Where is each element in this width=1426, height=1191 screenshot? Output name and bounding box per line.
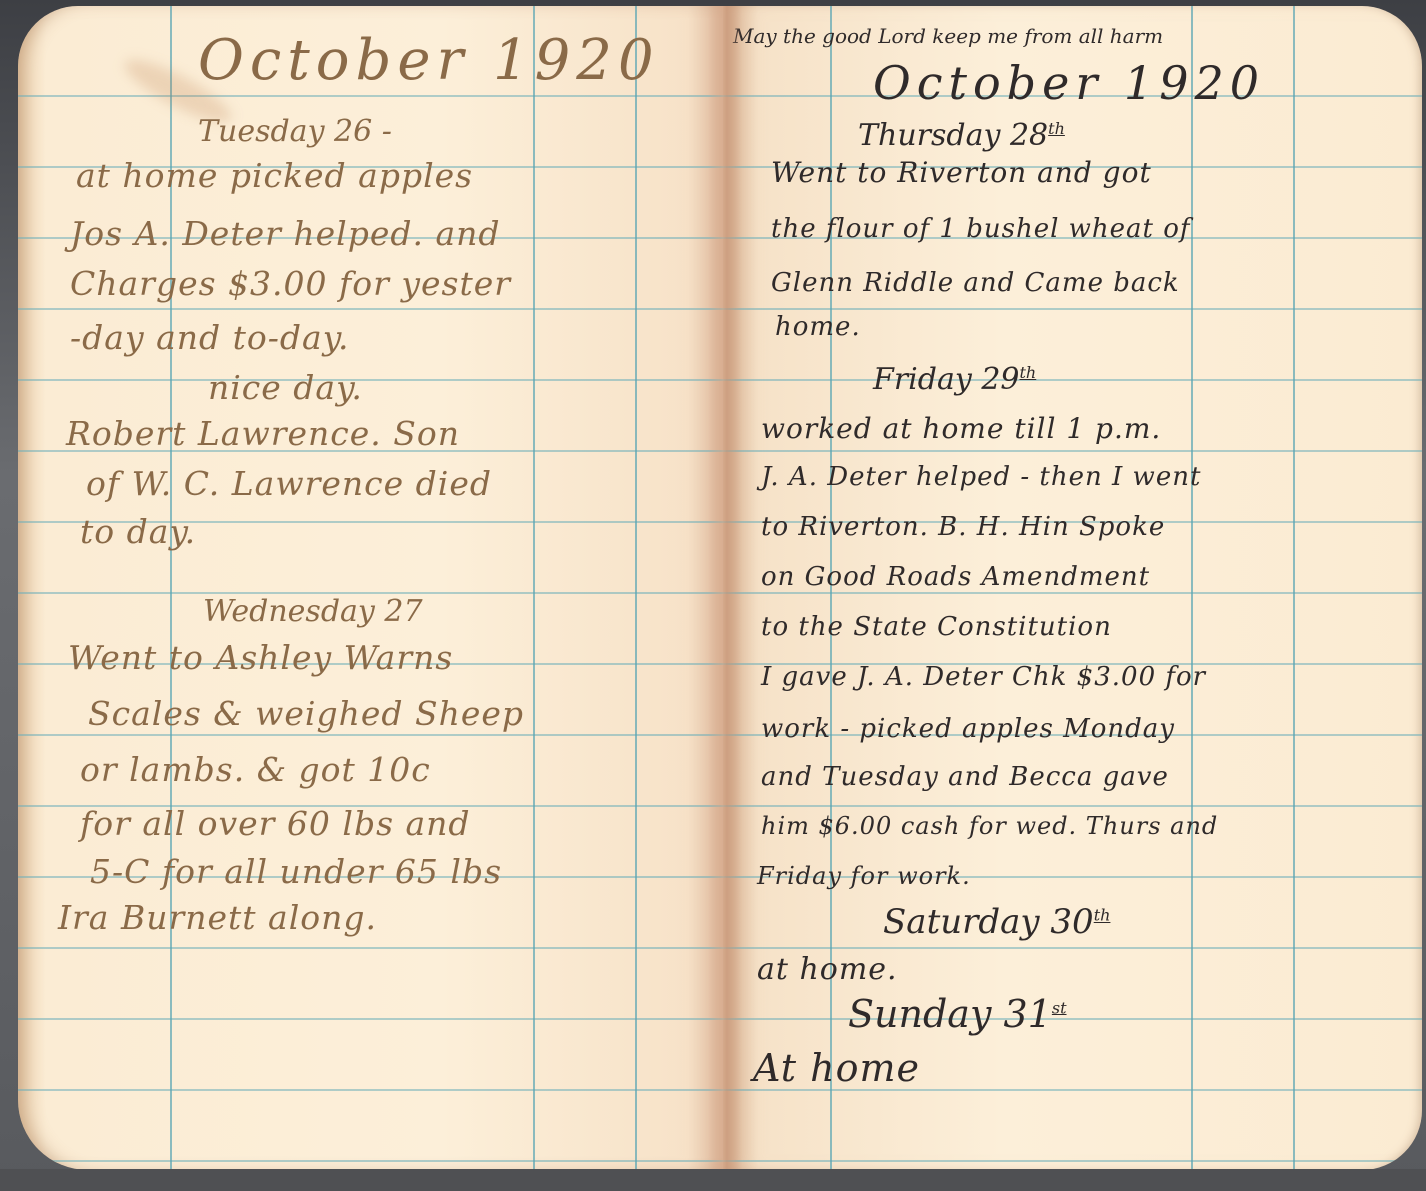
entry-line: the flour of 1 bushel wheat of (771, 214, 1191, 244)
entry-line: on Good Roads Amendment (761, 562, 1150, 592)
entry-line: to the State Constitution (761, 612, 1112, 642)
entry-line: him $6.00 cash for wed. Thurs and (761, 812, 1218, 840)
entry-line: of W. C. Lawrence died (86, 464, 492, 503)
entry-day-heading: Saturday 30th (883, 902, 1110, 942)
grid-column-line (1293, 6, 1295, 1170)
entry-line: I gave J. A. Deter Chk $3.00 for (761, 662, 1206, 692)
grid-column-line (1191, 6, 1193, 1170)
right-page: May the good Lord keep me from all harm … (723, 6, 1422, 1170)
entry-line: Went to Ashley Warns (68, 638, 453, 677)
entry-line: for all over 60 lbs and (80, 804, 471, 843)
entry-line: and Tuesday and Becca gave (761, 762, 1169, 792)
entry-line: to Riverton. B. H. Hin Spoke (761, 512, 1165, 542)
entry-day-heading: Thursday 28th (858, 118, 1065, 153)
entry-line: Went to Riverton and got (771, 156, 1152, 189)
entry-line: Charges $3.00 for yester (70, 264, 511, 303)
entry-line: work - picked apples Monday (761, 714, 1175, 744)
page-heading: October 1920 (198, 28, 660, 93)
entry-line: J. A. Deter helped - then I went (761, 462, 1201, 492)
entry-line: Jos A. Deter helped. and (70, 214, 501, 253)
entry-line: 5-C for all under 65 lbs (90, 852, 502, 891)
motto-inscription: May the good Lord keep me from all harm (733, 24, 1163, 48)
entry-line: at home. (757, 952, 898, 987)
entry-day-heading: Tuesday 26 - (198, 114, 392, 149)
book-cover-edge (0, 1169, 1426, 1191)
grid-column-line (533, 6, 535, 1170)
entry-line: or lambs. & got 10c (80, 750, 431, 789)
entry-line: Friday for work. (757, 862, 971, 890)
entry-line: Glenn Riddle and Came back (771, 268, 1180, 298)
entry-line: Ira Burnett along. (58, 898, 377, 937)
entry-line: At home (753, 1046, 920, 1090)
entry-line: Robert Lawrence. Son (66, 414, 460, 453)
page-heading: October 1920 (873, 56, 1265, 110)
entry-line: nice day. (208, 368, 363, 407)
entry-line: -day and to-day. (70, 318, 349, 357)
entry-line: home. (775, 312, 861, 342)
grid-column-line (635, 6, 637, 1170)
open-diary: October 1920 Tuesday 26 - at home picked… (18, 6, 1422, 1176)
left-page: October 1920 Tuesday 26 - at home picked… (18, 6, 723, 1170)
entry-line: worked at home till 1 p.m. (761, 412, 1161, 445)
entry-day-heading: Friday 29th (873, 362, 1036, 397)
entry-day-heading: Wednesday 27 (203, 594, 423, 629)
entry-line: to day. (80, 512, 196, 551)
entry-line: at home picked apples (76, 156, 473, 195)
entry-line: Scales & weighed Sheep (88, 694, 524, 733)
entry-day-heading: Sunday 31st (848, 992, 1067, 1036)
